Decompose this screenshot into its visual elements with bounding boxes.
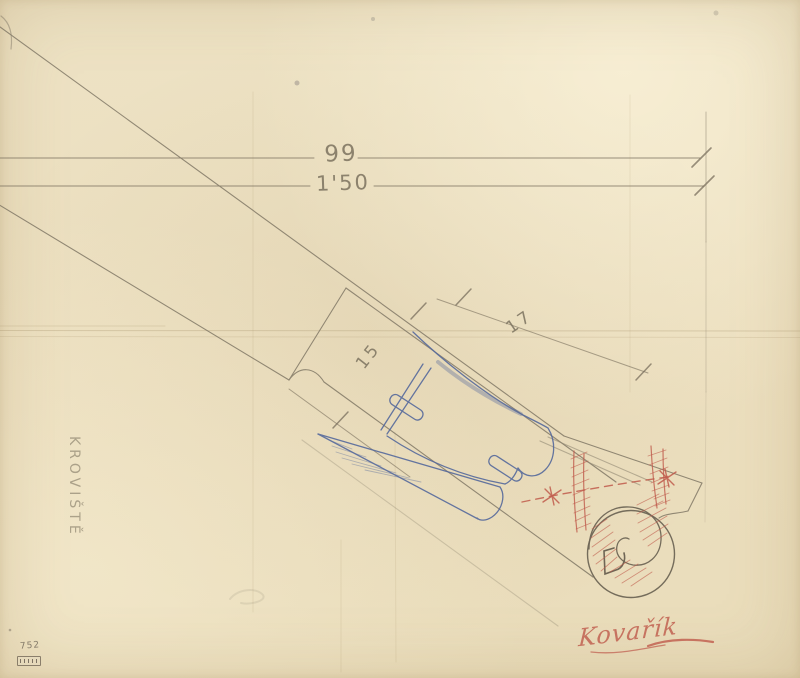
archive-number: 752 (20, 641, 41, 651)
beam-outline (0, 24, 702, 626)
drawing-strokes (0, 0, 800, 678)
drawing-sheet: 99 1'50 15 17 KROVIŠTĚ Kovařík 752 (0, 0, 800, 678)
side-caption: KROVIŠTĚ (67, 436, 81, 538)
scroll-volute (588, 507, 675, 598)
paper-stains (9, 11, 719, 632)
dimension-label-150: 1'50 (306, 172, 381, 196)
archive-stamp (17, 656, 41, 666)
red-cross-mark-left (543, 487, 561, 505)
dimension-label-99: 99 (310, 142, 373, 167)
archive-stamp-marks (20, 659, 38, 663)
